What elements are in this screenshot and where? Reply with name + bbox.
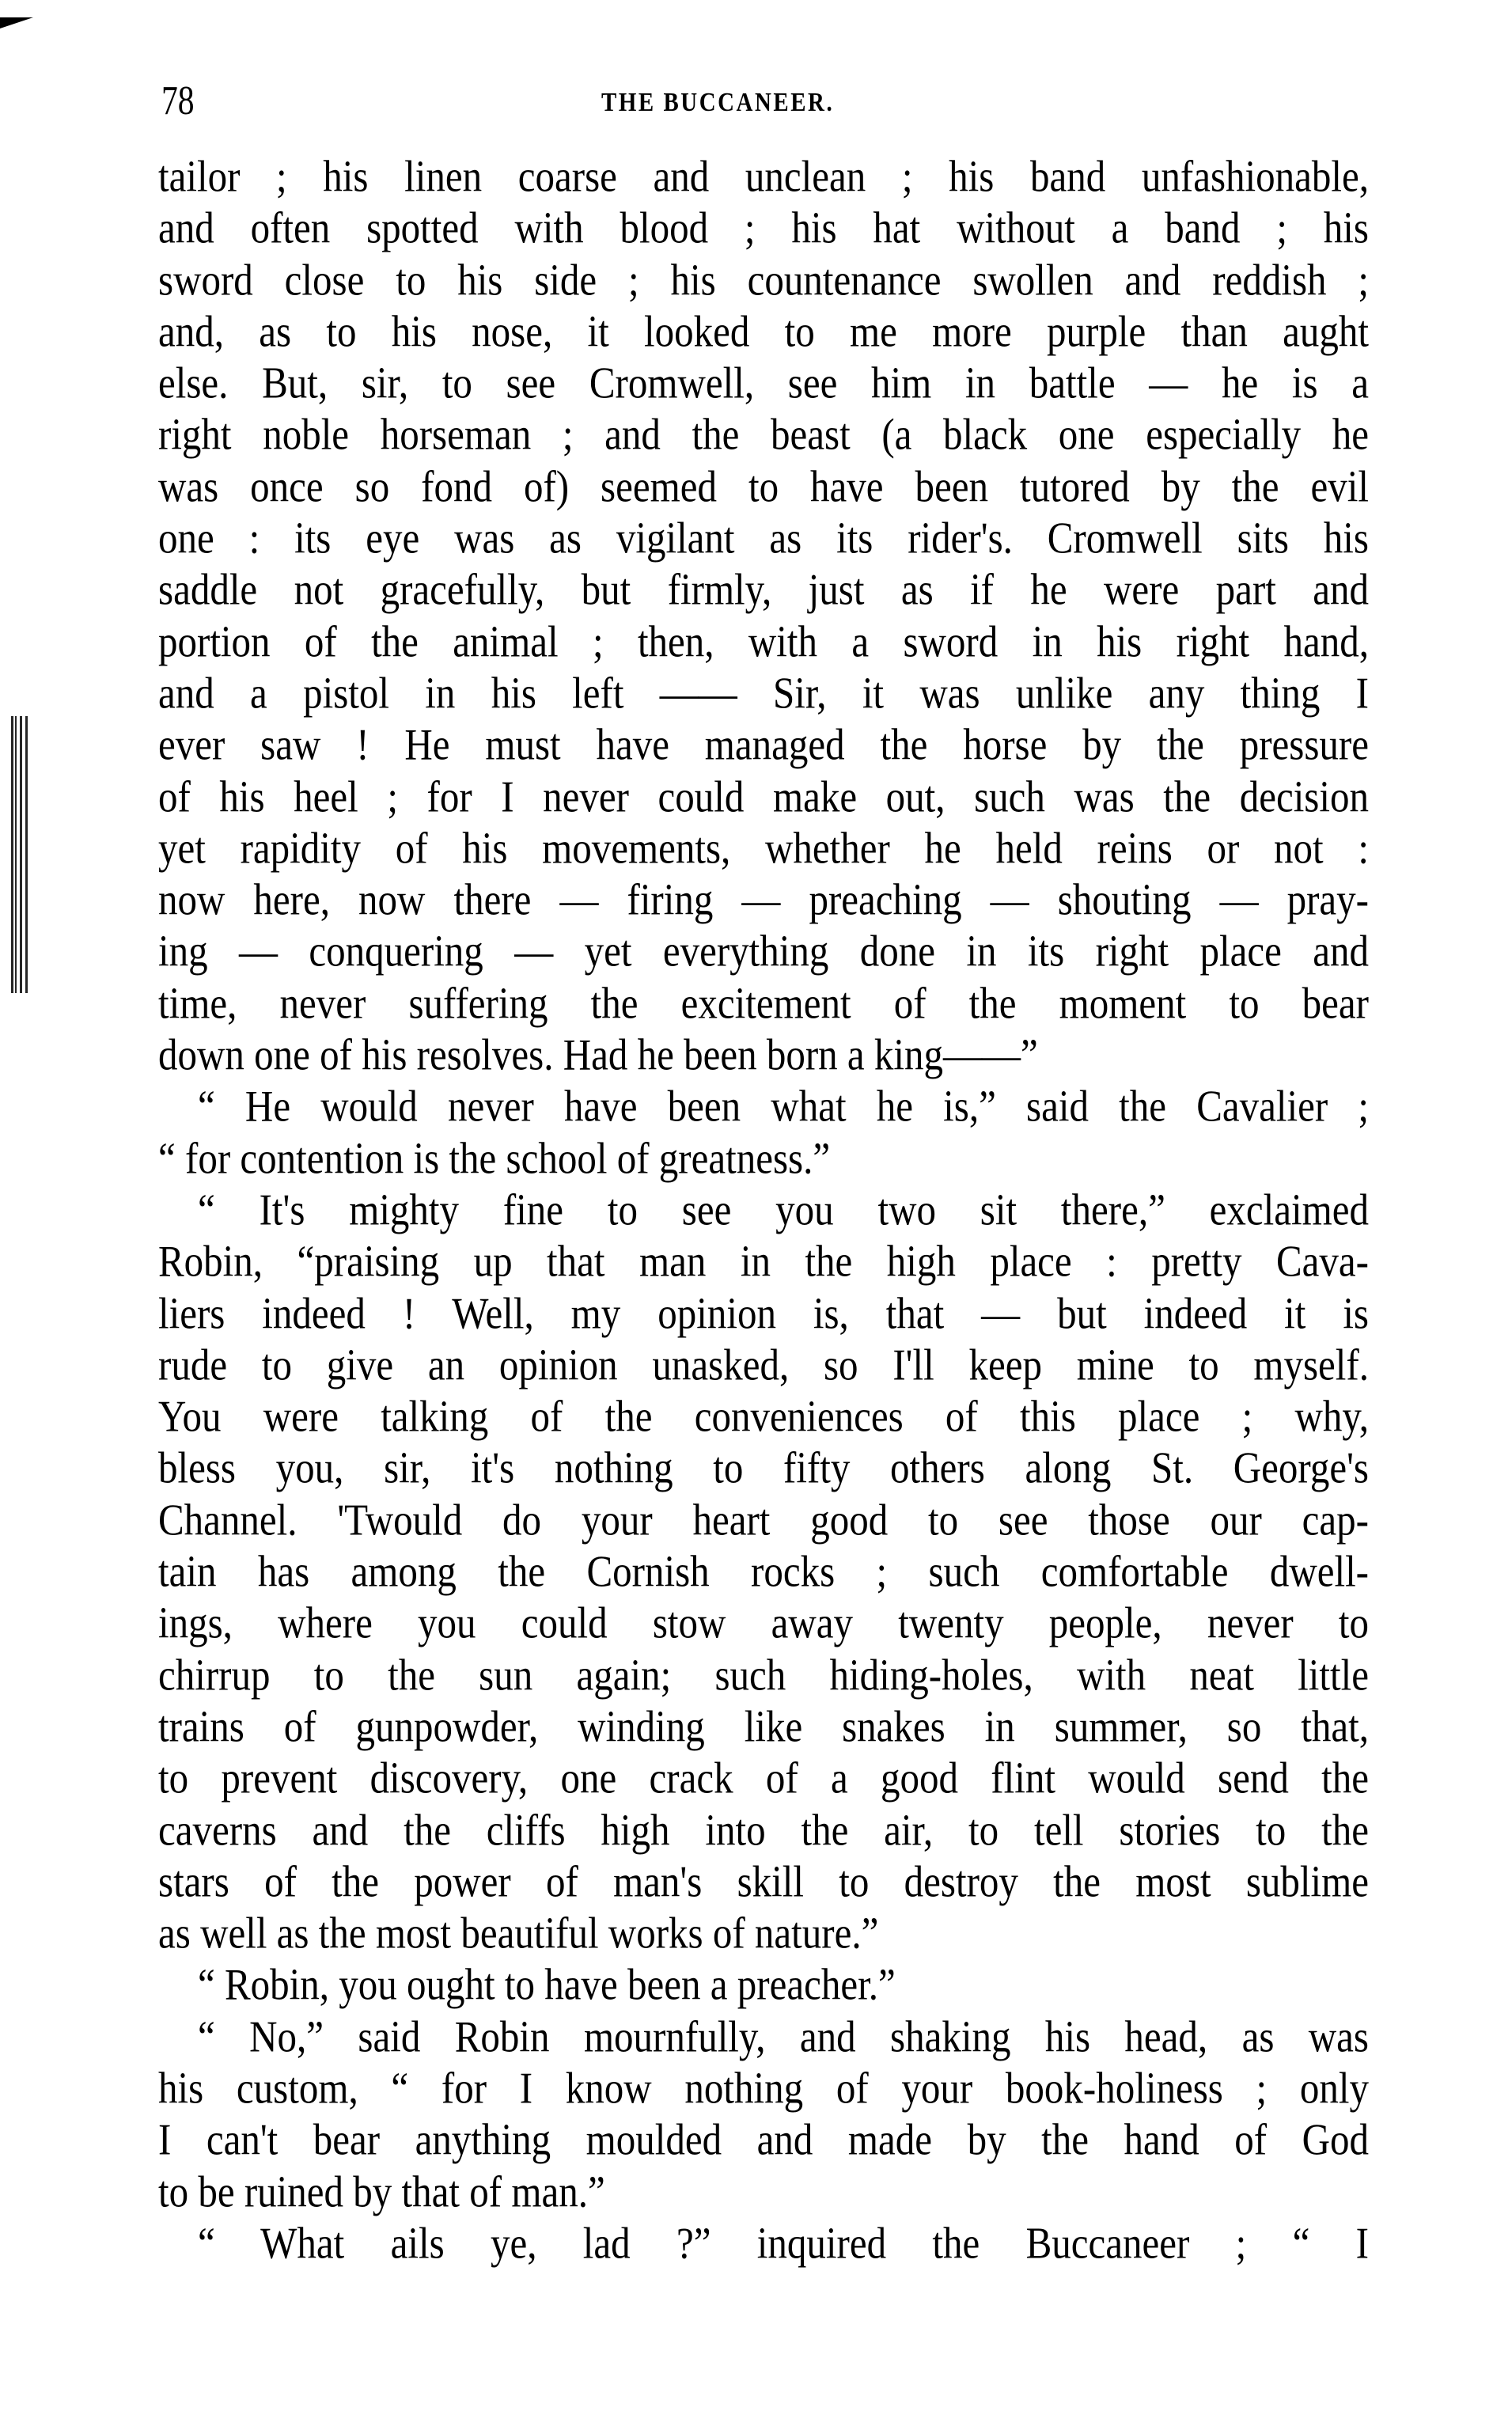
text-line: liers indeed ! Well, my opinion is, that… [158, 1287, 1369, 1339]
text-line: ever saw ! He must have managed the hors… [158, 718, 1369, 770]
text-line: “ No,” said Robin mournfully, and shakin… [158, 2011, 1369, 2062]
text-line: portion of the animal ; then, with a swo… [158, 616, 1369, 667]
text-line: “ for contention is the school of greatn… [158, 1132, 1369, 1184]
text-line: “ He would never have been what he is,” … [158, 1080, 1369, 1132]
text-line-content: of his heel ; for I never could make out… [158, 767, 1369, 826]
scan-binding-artifact [11, 716, 32, 993]
text-line: now here, now there — firing — preaching… [158, 874, 1369, 925]
text-line: chirrup to the sun again; such hiding-ho… [158, 1649, 1369, 1700]
text-line-content: tailor ; his linen coarse and unclean ; … [158, 146, 1369, 206]
text-line-content: rude to give an opinion unasked, so I'll… [158, 1335, 1369, 1394]
text-line-content: “ Robin, you ought to have been a preach… [198, 1954, 1369, 2014]
text-line: I can't bear anything moulded and made b… [158, 2114, 1369, 2165]
text-line: sword close to his side ; his countenanc… [158, 254, 1369, 305]
text-line-content: chirrup to the sun again; such hiding-ho… [158, 1645, 1369, 1704]
text-line-content: portion of the animal ; then, with a swo… [158, 612, 1369, 671]
text-line: “ Robin, you ought to have been a preach… [158, 1958, 1369, 2010]
text-line-content: and, as to his nose, it looked to me mor… [158, 301, 1369, 361]
text-line-content: to prevent discovery, one crack of a goo… [158, 1748, 1369, 1807]
text-line-content: down one of his resolves. Had he been bo… [158, 1025, 1369, 1084]
scan-corner-mark [0, 17, 33, 28]
text-line-content: yet rapidity of his movements, whether h… [158, 818, 1369, 878]
text-line: his custom, “ for I know nothing of your… [158, 2062, 1369, 2114]
text-line-content: ever saw ! He must have managed the hors… [158, 715, 1369, 774]
text-line: right noble horseman ; and the beast (a … [158, 408, 1369, 460]
text-line-content: liers indeed ! Well, my opinion is, that… [158, 1283, 1369, 1343]
text-line-content: You were talking of the conveniences of … [158, 1386, 1369, 1446]
text-line-content: and often spotted with blood ; his hat w… [158, 198, 1369, 257]
text-line-content: right noble horseman ; and the beast (a … [158, 405, 1369, 464]
text-line: You were talking of the conveniences of … [158, 1390, 1369, 1442]
text-line: to prevent discovery, one crack of a goo… [158, 1752, 1369, 1803]
text-line-content: saddle not gracefully, but firmly, just … [158, 559, 1369, 619]
text-line-content: time, never suffering the excitement of … [158, 973, 1369, 1033]
text-line: and a pistol in his left —— Sir, it was … [158, 667, 1369, 718]
text-line-content: Channel. 'Twould do your heart good to s… [158, 1490, 1369, 1549]
text-line: tain has among the Cornish rocks ; such … [158, 1545, 1369, 1597]
text-line: one : its eye was as vigilant as its rid… [158, 512, 1369, 563]
text-line: trains of gunpowder, winding like snakes… [158, 1700, 1369, 1752]
text-line-content: tain has among the Cornish rocks ; such … [158, 1541, 1369, 1601]
text-line: yet rapidity of his movements, whether h… [158, 822, 1369, 874]
text-line-content: his custom, “ for I know nothing of your… [158, 2058, 1369, 2117]
text-line-content: one : its eye was as vigilant as its rid… [158, 508, 1369, 567]
text-line-content: I can't bear anything moulded and made b… [158, 2110, 1369, 2169]
text-line: rude to give an opinion unasked, so I'll… [158, 1339, 1369, 1390]
text-line: stars of the power of man's skill to des… [158, 1856, 1369, 1907]
text-line: as well as the most beautiful works of n… [158, 1907, 1369, 1958]
text-line: and, as to his nose, it looked to me mor… [158, 305, 1369, 357]
text-line: ing — conquering — yet everything done i… [158, 925, 1369, 976]
text-line-content: was once so fond of) seemed to have been… [158, 457, 1369, 516]
page-header: 78 THE BUCCANEER. [158, 78, 1369, 125]
text-line: of his heel ; for I never could make out… [158, 771, 1369, 822]
text-line-content: ings, where you could stow away twenty p… [158, 1593, 1369, 1652]
text-line: Channel. 'Twould do your heart good to s… [158, 1494, 1369, 1545]
text-line-content: bless you, sir, it's nothing to fifty ot… [158, 1439, 1369, 1498]
text-line-content: “ He would never have been what he is,” … [198, 1076, 1369, 1135]
text-line-content: and a pistol in his left —— Sir, it was … [158, 663, 1369, 722]
text-line: else. But, sir, to see Cromwell, see him… [158, 357, 1369, 408]
running-head: THE BUCCANEER. [601, 85, 834, 120]
text-line-content: now here, now there — firing — preaching… [158, 870, 1369, 929]
text-line-content: caverns and the cliffs high into the air… [158, 1800, 1369, 1860]
text-line: time, never suffering the excitement of … [158, 977, 1369, 1029]
text-line: tailor ; his linen coarse and unclean ; … [158, 150, 1369, 202]
text-line-content: stars of the power of man's skill to des… [158, 1852, 1369, 1911]
text-line: Robin, “praising up that man in the high… [158, 1235, 1369, 1287]
text-line-content: “ What ails ye, lad ?” inquired the Bucc… [198, 2213, 1369, 2273]
text-line: bless you, sir, it's nothing to fifty ot… [158, 1442, 1369, 1493]
body-text: tailor ; his linen coarse and unclean ; … [158, 150, 1369, 2269]
text-line-content: Robin, “praising up that man in the high… [158, 1231, 1369, 1291]
text-line: and often spotted with blood ; his hat w… [158, 202, 1369, 253]
text-line: saddle not gracefully, but firmly, just … [158, 563, 1369, 615]
text-line-content: to be ruined by that of man.” [158, 2162, 1369, 2221]
text-line: down one of his resolves. Had he been bo… [158, 1029, 1369, 1080]
text-line-content: trains of gunpowder, winding like snakes… [158, 1697, 1369, 1756]
text-line: “ What ails ye, lad ?” inquired the Bucc… [158, 2217, 1369, 2269]
text-line: “ It's mighty fine to see you two sit th… [158, 1184, 1369, 1235]
text-line: was once so fond of) seemed to have been… [158, 461, 1369, 512]
text-line: to be ruined by that of man.” [158, 2166, 1369, 2217]
text-line-content: “ It's mighty fine to see you two sit th… [198, 1180, 1369, 1239]
text-line: caverns and the cliffs high into the air… [158, 1804, 1369, 1856]
text-line-content: sword close to his side ; his countenanc… [158, 250, 1369, 309]
page-number: 78 [161, 78, 195, 125]
text-line-content: “ for contention is the school of greatn… [158, 1128, 1369, 1188]
text-line-content: as well as the most beautiful works of n… [158, 1903, 1369, 1962]
text-line-content: “ No,” said Robin mournfully, and shakin… [198, 2007, 1369, 2066]
text-line: ings, where you could stow away twenty p… [158, 1597, 1369, 1648]
text-line-content: ing — conquering — yet everything done i… [158, 922, 1369, 981]
